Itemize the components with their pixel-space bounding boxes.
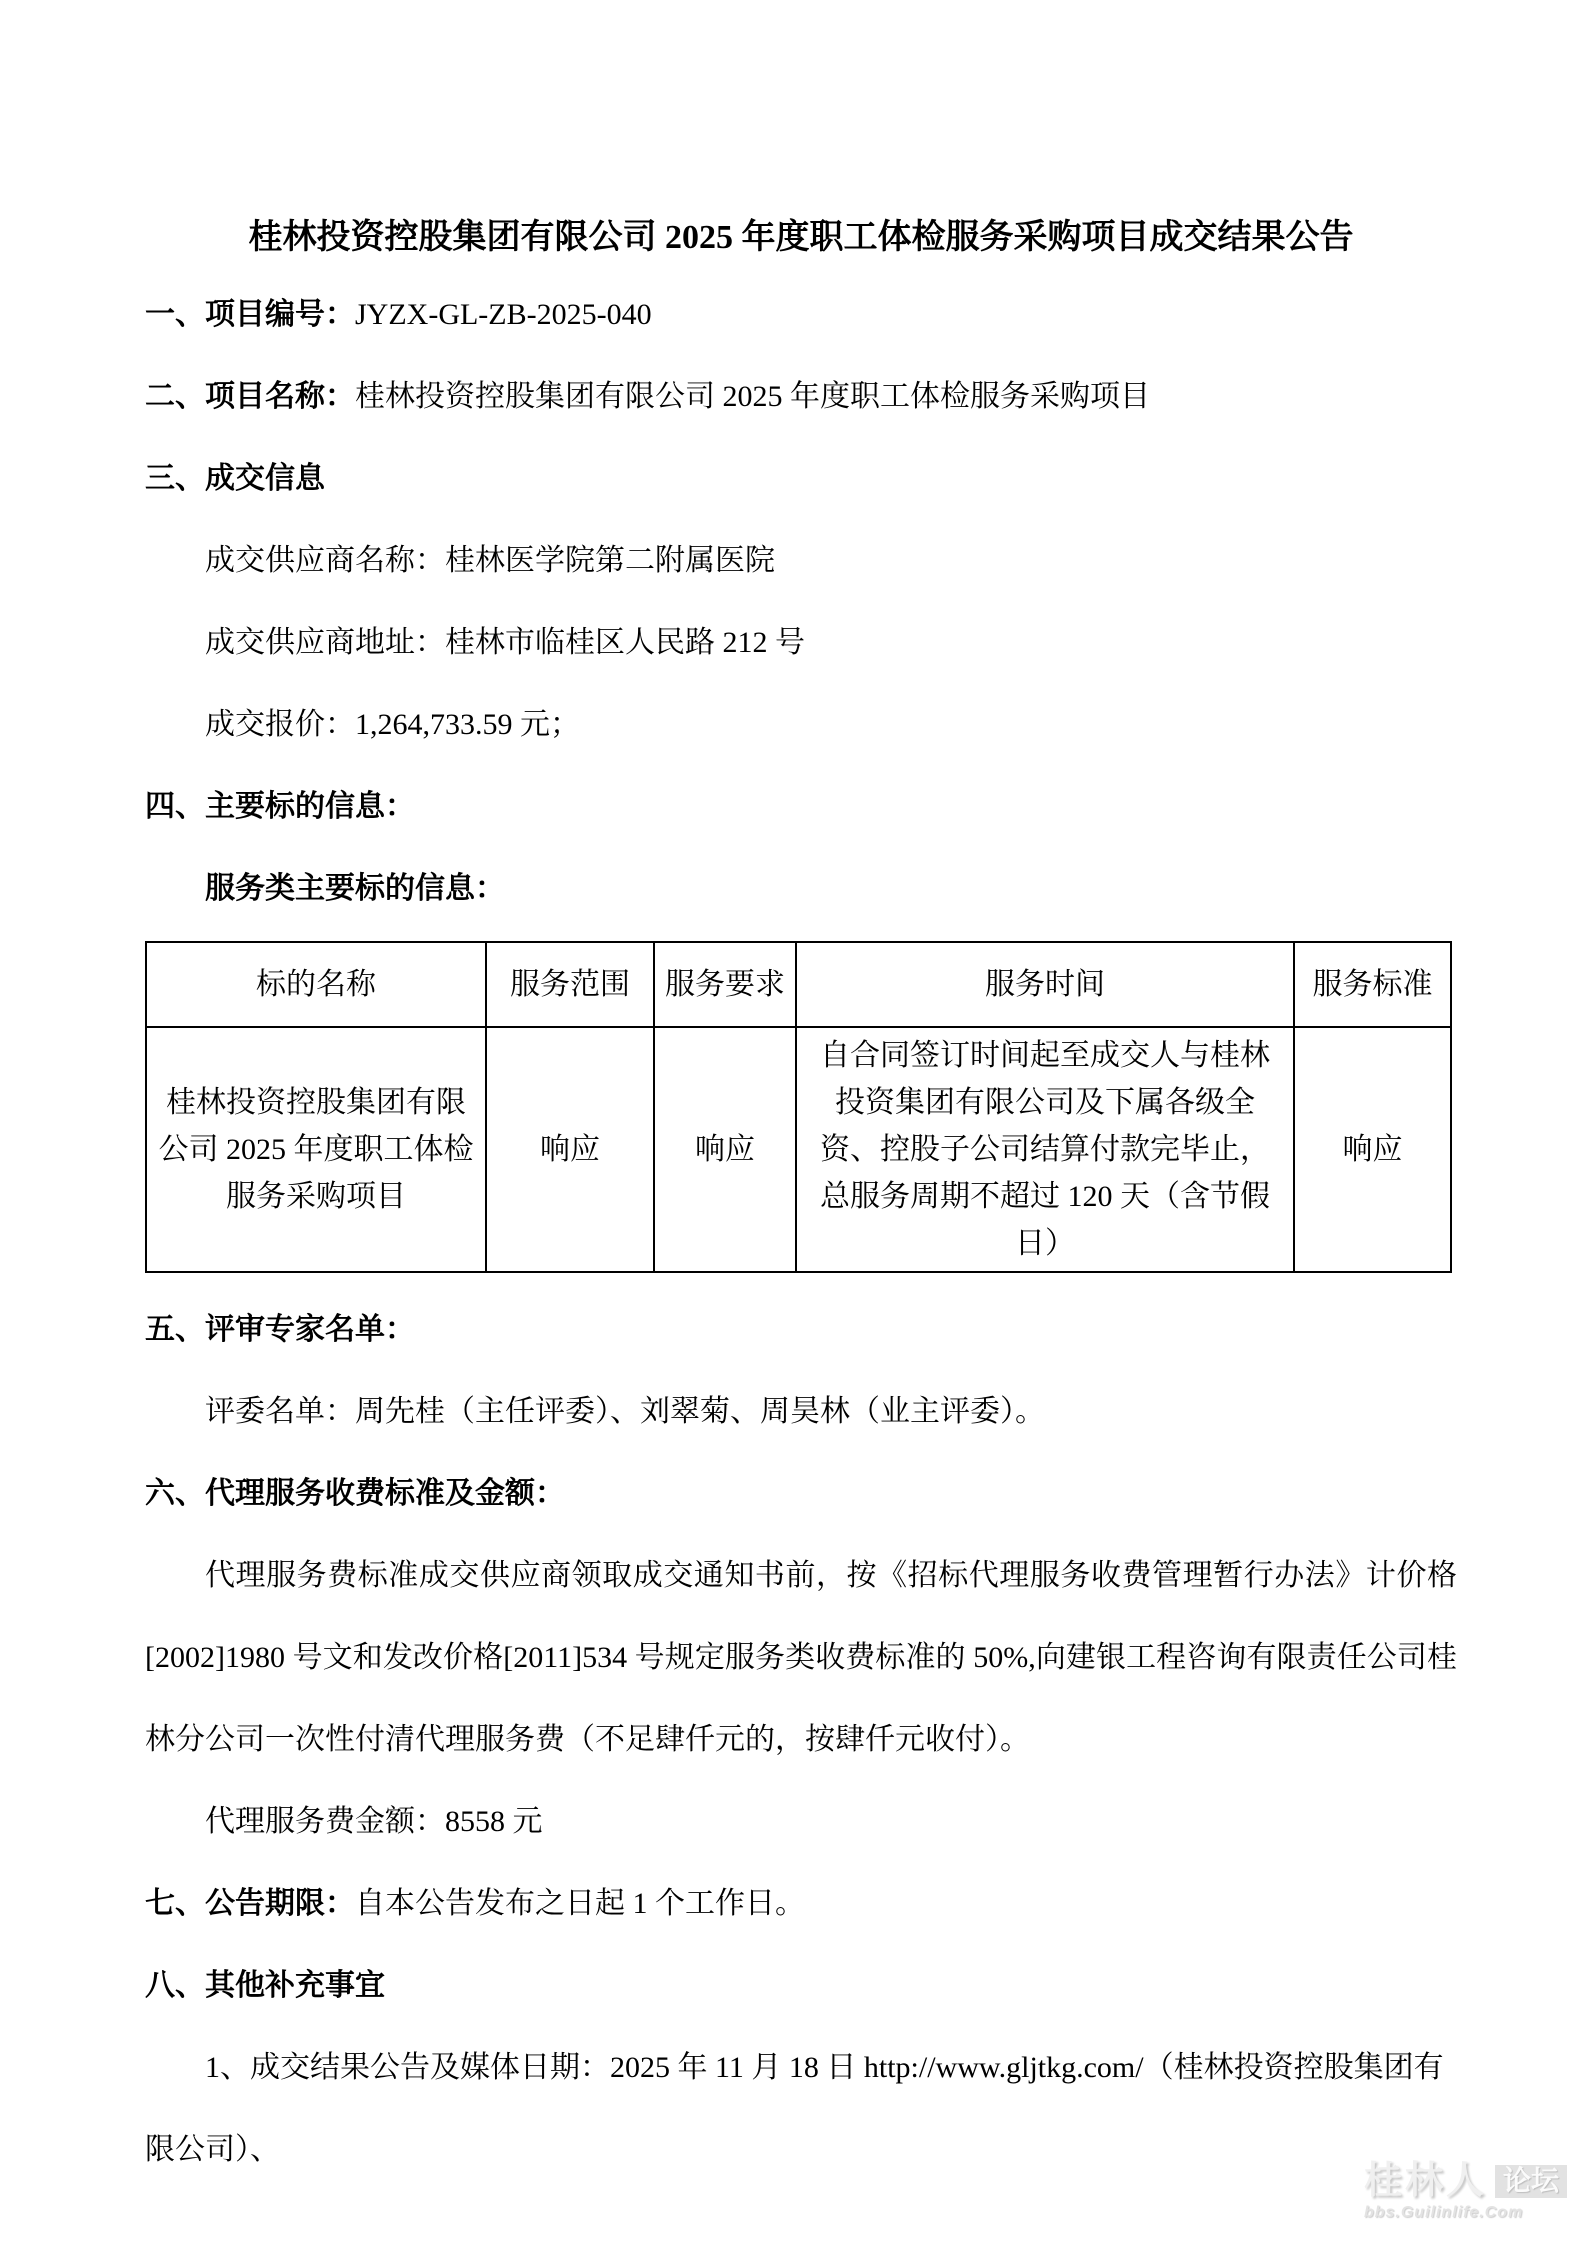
watermark-url-text: bbs.Guilinlife.Com	[1364, 2205, 1567, 2221]
service-subject-subheading: 服务类主要标的信息：	[145, 848, 1457, 930]
result-media-date-line: 1、成交结果公告及媒体日期：2025 年 11 月 18 日 http://ww…	[145, 2027, 1457, 2191]
agency-fee-paragraph: 代理服务费标准成交供应商领取成交通知书前，按《招标代理服务收费管理暂行办法》计价…	[145, 1535, 1457, 1781]
cell-service-time: 自合同签订时间起至成交人与桂林投资集团有限公司及下属各级全资、控股子公司结算付款…	[796, 1027, 1294, 1272]
section-other-matters-heading: 八、其他补充事宜	[145, 1945, 1457, 2027]
col-header-subject-name: 标的名称	[146, 942, 486, 1027]
section-deal-info-heading: 三、成交信息	[145, 438, 1457, 520]
section-main-subject-heading: 四、主要标的信息：	[145, 766, 1457, 848]
watermark: 桂林人论坛 bbs.Guilinlife.Com	[1364, 2162, 1567, 2221]
col-header-service-time: 服务时间	[796, 942, 1294, 1027]
col-header-service-requirement: 服务要求	[654, 942, 796, 1027]
agency-fee-amount-value: 8558 元	[445, 1805, 543, 1838]
agency-fee-amount-line: 代理服务费金额：8558 元	[145, 1781, 1457, 1863]
section-agency-fee-heading: 六、代理服务收费标准及金额：	[145, 1453, 1457, 1535]
supplier-name-line: 成交供应商名称：桂林医学院第二附属医院	[145, 520, 1457, 602]
project-number-value: JYZX-GL-ZB-2025-040	[355, 298, 652, 331]
project-number-label: 一、项目编号：	[145, 298, 355, 331]
page-title: 桂林投资控股集团有限公司 2025 年度职工体检服务采购项目成交结果公告	[145, 218, 1457, 258]
col-header-service-standard: 服务标准	[1294, 942, 1451, 1027]
deal-price-label: 成交报价：	[205, 708, 355, 741]
document-page: 桂林投资控股集团有限公司 2025 年度职工体检服务采购项目成交结果公告 一、项…	[0, 0, 1587, 2245]
col-header-service-scope: 服务范围	[486, 942, 654, 1027]
supplier-address-label: 成交供应商地址：	[205, 626, 445, 659]
project-number-line: 一、项目编号：JYZX-GL-ZB-2025-040	[145, 274, 1457, 356]
supplier-address-line: 成交供应商地址：桂林市临桂区人民路 212 号	[145, 602, 1457, 684]
supplier-name-label: 成交供应商名称：	[205, 544, 445, 577]
project-name-line: 二、项目名称：桂林投资控股集团有限公司 2025 年度职工体检服务采购项目	[145, 356, 1457, 438]
section-experts-heading: 五、评审专家名单：	[145, 1289, 1457, 1371]
announcement-period-label: 七、公告期限：	[145, 1887, 355, 1920]
deal-price-value: 1,264,733.59 元；	[355, 708, 580, 741]
watermark-row: 桂林人论坛	[1364, 2162, 1567, 2200]
deal-price-line: 成交报价：1,264,733.59 元；	[145, 684, 1457, 766]
service-subject-table: 标的名称 服务范围 服务要求 服务时间 服务标准 桂林投资控股集团有限公司 20…	[145, 941, 1452, 1273]
announcement-period-value: 自本公告发布之日起 1 个工作日。	[355, 1887, 805, 1920]
document-content: 桂林投资控股集团有限公司 2025 年度职工体检服务采购项目成交结果公告 一、项…	[0, 0, 1587, 2191]
supplier-name-value: 桂林医学院第二附属医院	[445, 544, 775, 577]
cell-service-requirement: 响应	[654, 1027, 796, 1272]
experts-list-line: 评委名单：周先桂（主任评委）、刘翠菊、周昊林（业主评委）。	[145, 1371, 1457, 1453]
cell-service-standard: 响应	[1294, 1027, 1451, 1272]
supplier-address-value: 桂林市临桂区人民路 212 号	[445, 626, 805, 659]
watermark-badge: 论坛	[1495, 2165, 1567, 2198]
agency-fee-amount-label: 代理服务费金额：	[205, 1805, 445, 1838]
table-row: 桂林投资控股集团有限公司 2025 年度职工体检服务采购项目 响应 响应 自合同…	[146, 1027, 1451, 1272]
project-name-value: 桂林投资控股集团有限公司 2025 年度职工体检服务采购项目	[355, 380, 1150, 413]
table-header-row: 标的名称 服务范围 服务要求 服务时间 服务标准	[146, 942, 1451, 1027]
cell-service-scope: 响应	[486, 1027, 654, 1272]
watermark-logo-text: 桂林人	[1364, 2160, 1487, 2202]
project-name-label: 二、项目名称：	[145, 380, 355, 413]
announcement-period-line: 七、公告期限：自本公告发布之日起 1 个工作日。	[145, 1863, 1457, 1945]
cell-subject-name: 桂林投资控股集团有限公司 2025 年度职工体检服务采购项目	[146, 1027, 486, 1272]
